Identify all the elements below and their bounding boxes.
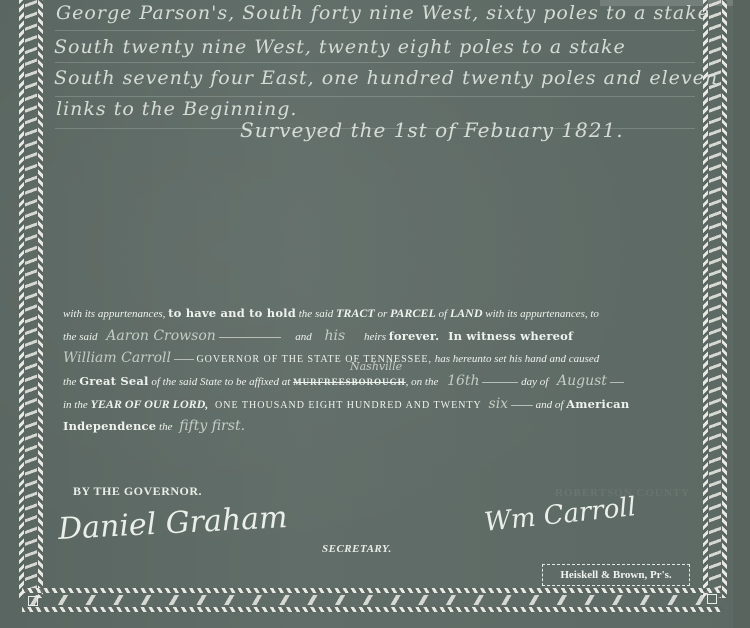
secretary-label: SECRETARY. (322, 543, 392, 555)
survey-line-2: South twenty nine West, twenty eight pol… (54, 36, 626, 58)
bottom-rope-border (22, 588, 722, 612)
rule-line (55, 96, 695, 97)
grant-line-6: Independence the fifty first. (63, 418, 245, 434)
governor-name: William Carroll (63, 350, 171, 366)
survey-line-1: George Parson's, South forty nine West, … (56, 2, 710, 24)
grant-line-5: in the YEAR OF OUR LORD, ONE THOUSAND EI… (63, 396, 629, 412)
grant-line-4: the Great Seal of the said State to be a… (63, 373, 624, 389)
grant-line-3: William Carroll GOVERNOR OF THE STATE OF… (63, 350, 599, 366)
grant-line-1: with its appurtenances, to have and to h… (63, 306, 599, 321)
right-rope-border (703, 0, 727, 598)
survey-line-4: links to the Beginning. (56, 98, 297, 120)
survey-date: Surveyed the 1st of Febuary 1821. (240, 118, 624, 142)
corner-ornament-right (707, 594, 717, 604)
scan-margin (733, 0, 750, 628)
grantee-name: Aaron Crowson (106, 328, 216, 344)
grant-line-2: the said Aaron Crowson and his heirs for… (63, 328, 573, 344)
rule-line (55, 62, 695, 63)
place-written: Nashville (350, 360, 402, 373)
left-rope-border (19, 0, 43, 598)
survey-line-3: South seventy four East, one hundred twe… (54, 67, 718, 89)
rule-line (55, 30, 695, 31)
struck-place: MURFREESBOROUGH (293, 377, 406, 387)
printer-imprint: Heiskell & Brown, Pr's. (542, 564, 690, 586)
by-the-governor-label: BY THE GOVERNOR. (73, 484, 202, 499)
corner-ornament-left (28, 596, 38, 606)
